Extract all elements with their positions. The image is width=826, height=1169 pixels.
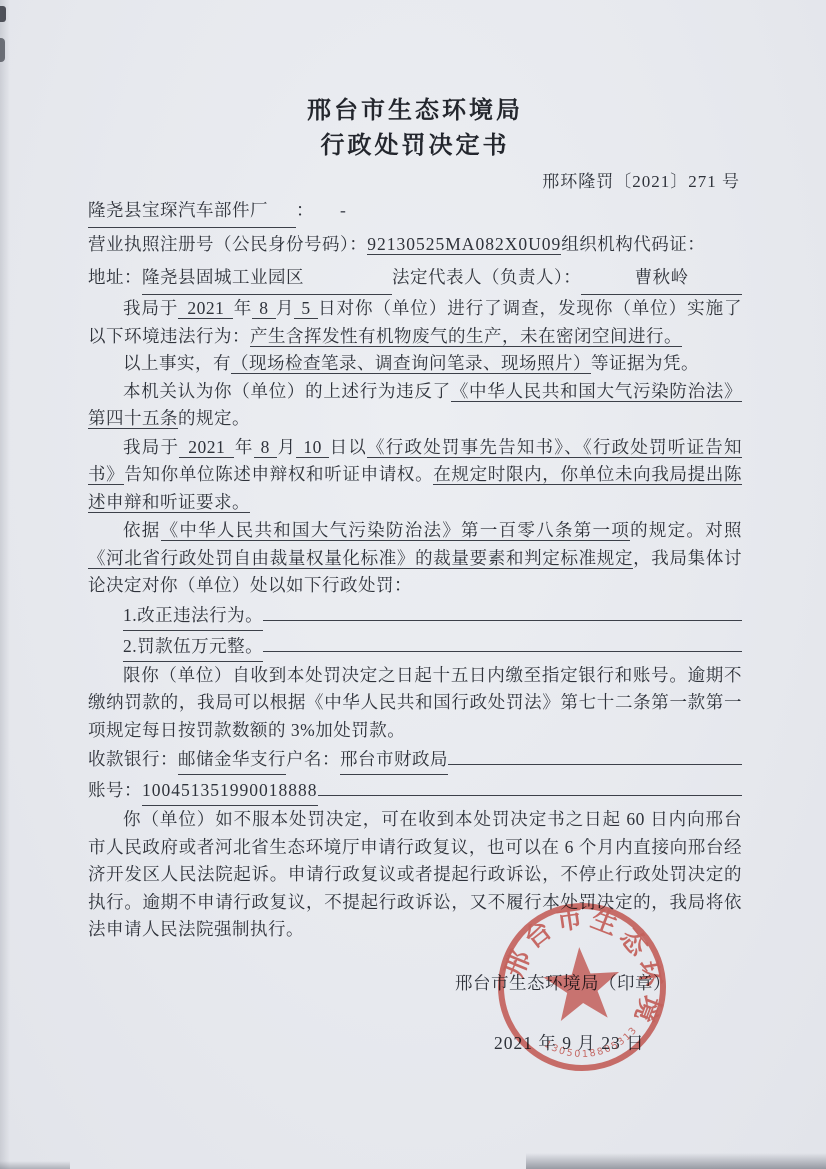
paragraph-investigation: 我局于2021年8月5日对你（单位）进行了调查，发现你（单位）实施了以下环境违法…	[88, 295, 742, 350]
recipient-colon: ：	[296, 200, 314, 220]
discretion-standard-citation: 《河北省行政处罚自由裁量权量化标准》的裁量要素和判定标准规定	[88, 548, 633, 569]
document-body: 邢台市生态环境局 行政处罚决定书 邢环隆罚〔2021〕271 号 隆尧县宝琛汽车…	[88, 94, 742, 944]
bank-line: 收款银行：邮储金华支行户名：邢台市财政局	[88, 744, 742, 775]
account-label: 账号：	[88, 775, 142, 805]
penalty-item-text: 1.改正违法行为。	[123, 600, 263, 631]
bank-label: 收款银行：	[88, 744, 178, 774]
text-segment: 以上事实，有	[123, 353, 231, 373]
penalty-item-2: 2.罚款伍万元整。	[88, 631, 742, 662]
license-label: 营业执照注册号（公民身份号码）：	[88, 234, 367, 254]
text-segment: 告知你单位陈述申辩权和听证申请权。	[124, 464, 433, 484]
scan-artifact-left-shadow	[0, 0, 10, 1169]
text-segment: 月	[277, 437, 296, 457]
text-segment: 日以	[329, 437, 367, 457]
text-segment: 年	[233, 298, 252, 318]
fill-in-month: 8	[252, 298, 275, 319]
document-number: 邢环隆罚〔2021〕271 号	[88, 170, 742, 194]
blank-underline	[448, 764, 742, 765]
blank-underline	[263, 651, 742, 652]
paragraph-basis: 依据《中华人民共和国大气污染防治法》第一百零八条第一项的规定。对照《河北省行政处…	[88, 517, 742, 600]
address-value: 隆尧县固城工业园区	[142, 261, 392, 295]
fill-in-year: 2021	[179, 437, 234, 458]
basis-law-citation: 《中华人民共和国大气污染防治法》第一百零八条第一项	[161, 520, 631, 541]
scan-artifact-bottom-left-smudge	[0, 1161, 70, 1169]
address-label: 地址：	[88, 261, 142, 294]
payee-label: 户名：	[286, 744, 340, 774]
paragraph-payment: 限你（单位）自收到本处罚决定之日起十五日内缴至指定银行和账号。逾期不缴纳罚款的，…	[88, 662, 742, 745]
agency-title: 邢台市生态环境局	[88, 94, 742, 129]
paragraph-violated-law: 本机关认为你（单位）的上述行为违反了《中华人民共和国大气污染防治法》第四十五条的…	[88, 378, 742, 433]
text-segment: 的规定。	[178, 408, 250, 428]
payee-name: 邢台市财政局	[340, 744, 448, 775]
license-number: 92130525MA082X0U09	[367, 234, 561, 255]
legal-rep-name: 曹秋岭	[581, 261, 742, 295]
evidence-list: （现场检查笔录、调查询问笔录、现场照片）	[231, 353, 591, 374]
fill-in-year: 2021	[178, 298, 233, 319]
fill-in-day: 10	[296, 437, 329, 458]
violation-description: 产生含挥发性有机物废气的生产，未在密闭空间进行。	[250, 326, 682, 347]
legal-rep-label: 法定代表人（负责人）：	[392, 261, 581, 294]
account-line: 账号：100451351990018888	[88, 775, 742, 806]
recipient-name: 隆尧县宝琛汽车部件厂	[88, 194, 296, 228]
fill-in-month: 8	[254, 437, 277, 458]
license-line: 营业执照注册号（公民身份号码）：92130525MA082X0U09组织机构代码…	[88, 228, 742, 261]
text-segment: 依据	[123, 520, 161, 540]
text-segment: 的规定。对照	[630, 520, 742, 540]
blank-underline	[318, 795, 743, 796]
penalty-item-text: 2.罚款伍万元整。	[123, 631, 263, 662]
official-red-seal: 邢台市生态环境局 1305018805313	[488, 893, 676, 1081]
org-code-label: 组织机构代码证：	[561, 234, 705, 254]
handwritten-mark: -	[340, 194, 346, 227]
paragraph-notice: 我局于2021年8月10日以《行政处罚事先告知书》、《行政处罚听证告知书》告知你…	[88, 434, 742, 517]
scan-artifact-bottom-right-smudge	[526, 1153, 826, 1169]
text-segment: 月	[276, 298, 295, 318]
text-segment: 我局于	[123, 298, 178, 318]
text-segment: 年	[234, 437, 253, 457]
document-title: 行政处罚决定书	[88, 129, 742, 164]
recipient-name-line: 隆尧县宝琛汽车部件厂：-	[88, 194, 742, 228]
scanned-penalty-decision-page: 邢台市生态环境局 行政处罚决定书 邢环隆罚〔2021〕271 号 隆尧县宝琛汽车…	[0, 0, 826, 1169]
text-segment: 本机关认为你（单位）的上述行为违反了	[123, 381, 451, 401]
bank-name: 邮储金华支行	[178, 744, 286, 775]
address-line: 地址：隆尧县固城工业园区法定代表人（负责人）：曹秋岭	[88, 261, 742, 295]
penalty-item-1: 1.改正违法行为。	[88, 600, 742, 631]
seal-star-icon	[541, 944, 622, 1022]
fill-in-day: 5	[294, 298, 317, 319]
paragraph-facts: 以上事实，有（现场检查笔录、调查询问笔录、现场照片）等证据为凭。	[88, 350, 742, 378]
text-segment: 等证据为凭。	[591, 353, 699, 373]
text-segment: 我局于	[123, 437, 179, 457]
account-number: 100451351990018888	[142, 775, 318, 806]
blank-underline	[263, 620, 742, 621]
